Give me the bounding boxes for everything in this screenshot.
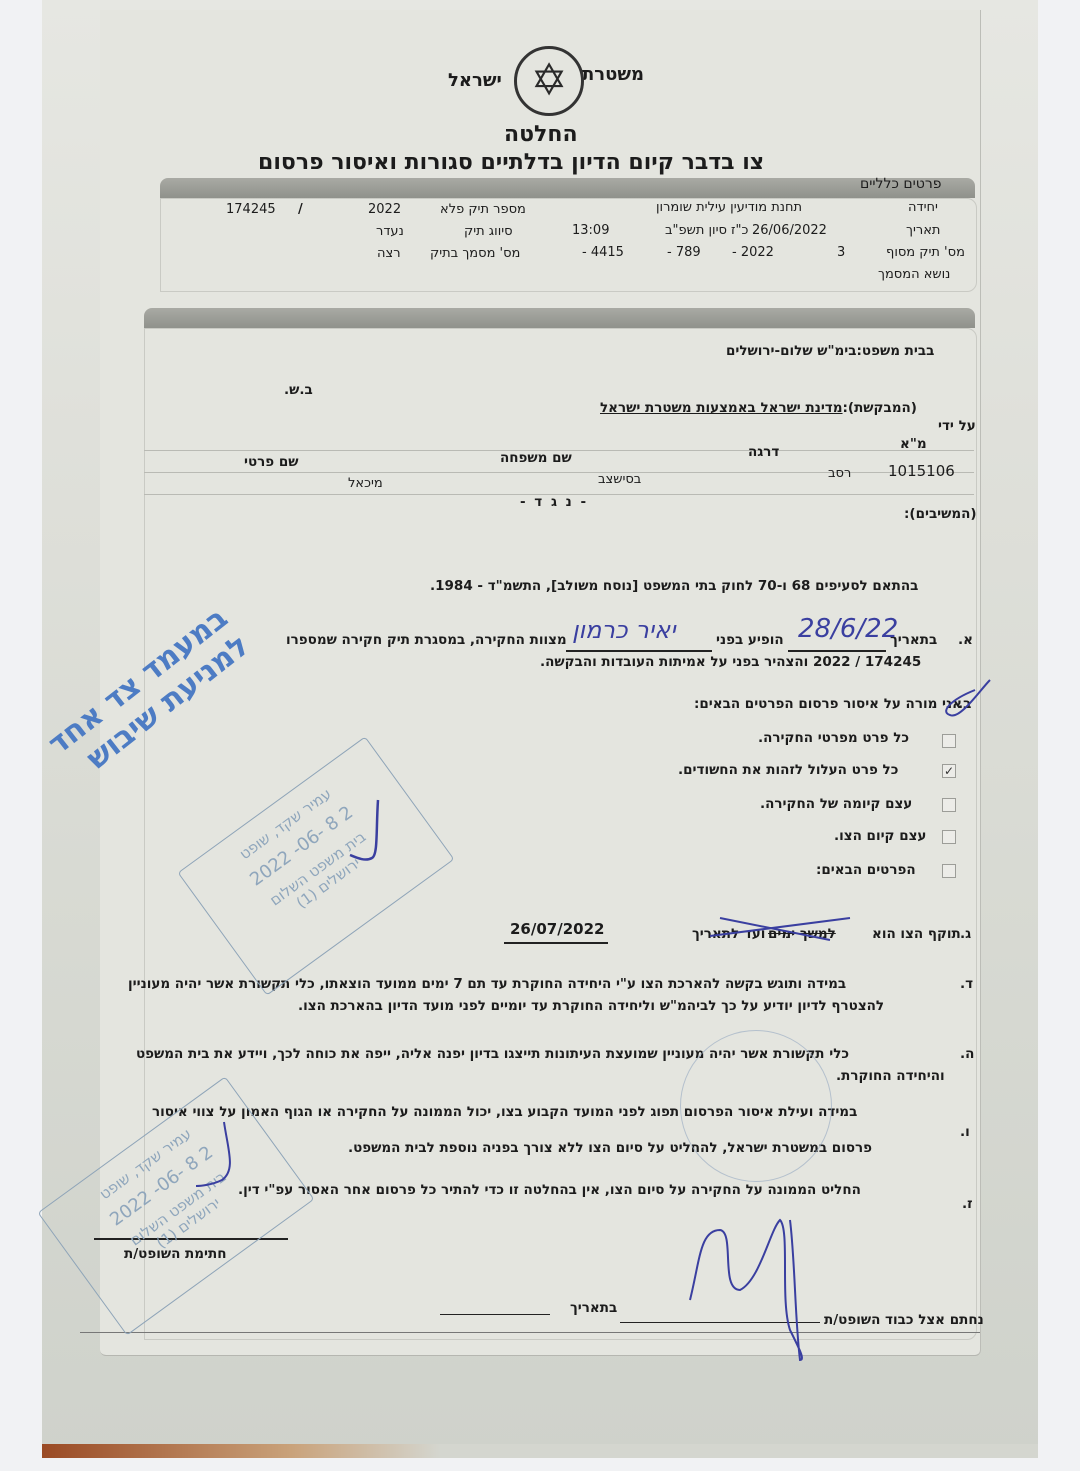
- handwritten-marks: [0, 0, 1080, 1471]
